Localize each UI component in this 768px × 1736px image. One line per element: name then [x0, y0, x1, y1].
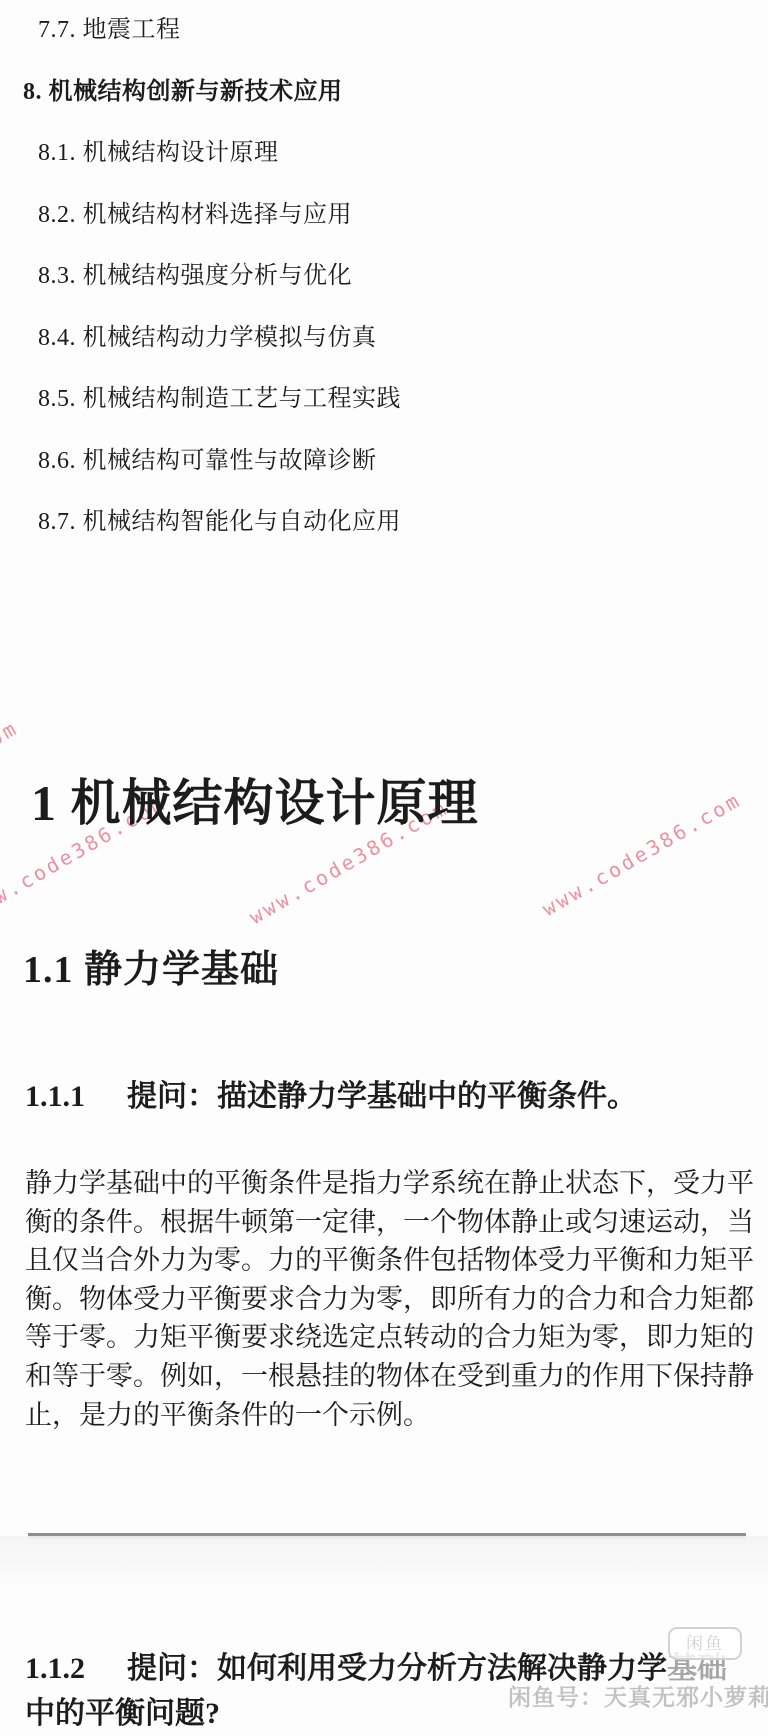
answer-line: 衡的条件。根据牛顿第一定律，一个物体静止或匀速运动，当	[25, 1203, 740, 1242]
answer-line: 止，是力的平衡条件的一个示例。	[25, 1396, 740, 1435]
xianyu-logo-ghost-icon: 闲鱼	[668, 1627, 742, 1660]
question-1-1-2-number: 1.1.2	[25, 1652, 85, 1685]
answer-line: 衡。物体受力平衡要求合力为零，即所有力的合力和合力矩都	[25, 1280, 740, 1319]
answer-line: 等于零。力矩平衡要求绕选定点转动的合力矩为零，即力矩的	[25, 1318, 740, 1357]
toc-item-8-4: 8.4. 机械结构动力学模拟与仿真	[0, 308, 768, 370]
answer-paragraph: 静力学基础中的平衡条件是指力学系统在静止状态下，受力平 衡的条件。根据牛顿第一定…	[25, 1164, 740, 1434]
site-watermark-right: www.code386.com	[539, 788, 746, 921]
question-1-1-1-label: 提问：描述静力学基础中的平衡条件。	[127, 1080, 637, 1113]
answer-line: 和等于零。例如，一根悬挂的物体在受到重力的作用下保持静	[25, 1357, 740, 1396]
question-1-1-1-number: 1.1.1	[25, 1080, 85, 1113]
toc-item-8-1: 8.1. 机械结构设计原理	[0, 123, 768, 185]
section-heading: 1.1 静力学基础	[23, 938, 279, 993]
site-watermark-partial-top-left: www.code386.com	[0, 716, 22, 849]
toc-item-8-3: 8.3. 机械结构强度分析与优化	[0, 246, 768, 308]
page-break-divider	[28, 1533, 746, 1536]
document-page: 7.7. 地震工程 8. 机械结构创新与新技术应用 8.1. 机械结构设计原理 …	[0, 0, 768, 1736]
toc-item-8-7: 8.7. 机械结构智能化与自动化应用	[0, 492, 768, 554]
toc-item-8-5: 8.5. 机械结构制造工艺与工程实践	[0, 369, 768, 431]
toc-item-8: 8. 机械结构创新与新技术应用	[0, 62, 768, 124]
chapter-heading: 1 机械结构设计原理	[31, 763, 479, 835]
answer-line: 静力学基础中的平衡条件是指力学系统在静止状态下，受力平	[25, 1164, 740, 1203]
answer-line: 且仅当合外力为零。力的平衡条件包括物体受力平衡和力矩平	[25, 1241, 740, 1280]
question-1-1-1-heading: 1.1.1提问：描述静力学基础中的平衡条件。	[25, 1071, 637, 1115]
table-of-contents: 7.7. 地震工程 8. 机械结构创新与新技术应用 8.1. 机械结构设计原理 …	[0, 0, 768, 554]
toc-item-7-7: 7.7. 地震工程	[0, 0, 768, 62]
toc-item-8-6: 8.6. 机械结构可靠性与故障诊断	[0, 431, 768, 493]
page-break-shade	[0, 1536, 768, 1596]
seller-watermark: 闲鱼号：天真无邪小萝莉	[508, 1679, 768, 1712]
toc-item-8-2: 8.2. 机械结构材料选择与应用	[0, 185, 768, 247]
question-1-1-2-heading-line2: 中的平衡问题?	[25, 1688, 220, 1732]
